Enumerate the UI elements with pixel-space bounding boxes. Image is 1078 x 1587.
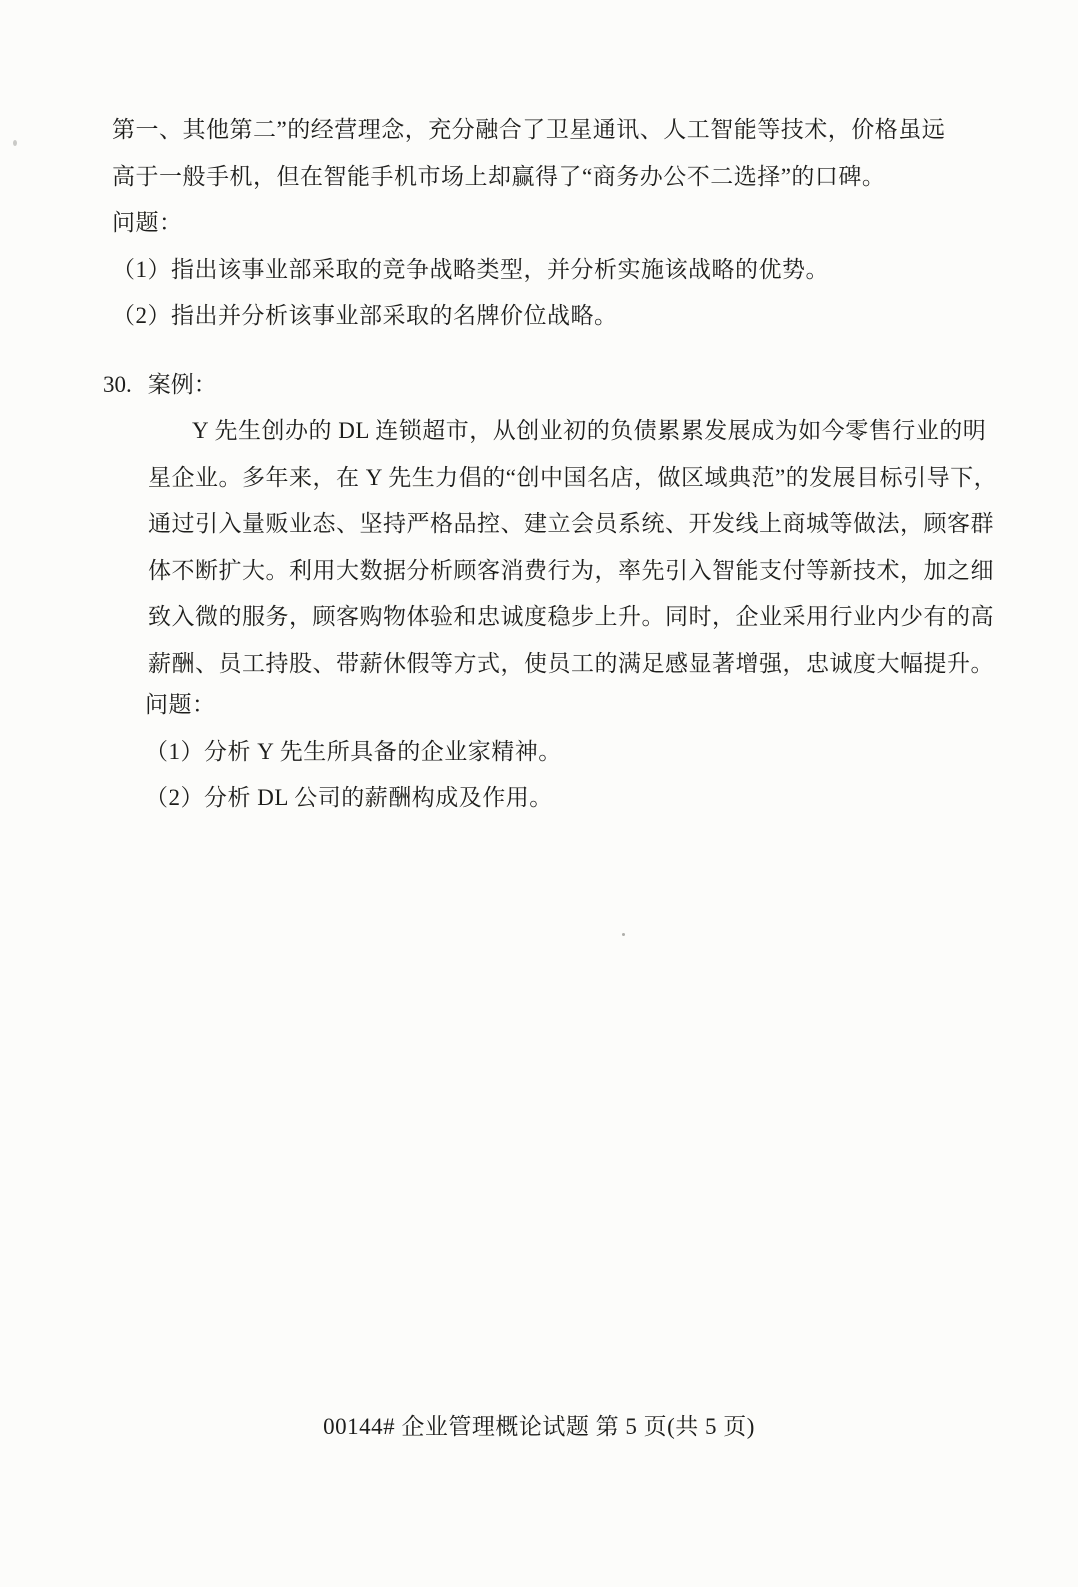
- case29-text-line: 高于一般手机，但在智能手机市场上却赢得了“商务办公不二选择”的口碑。: [112, 154, 945, 201]
- exam-paper-page: 第一、其他第二”的经营理念，充分融合了卫星通讯、人工智能等技术，价格虽远 高于一…: [0, 0, 1078, 1587]
- question30-case-label: 案例：: [148, 372, 217, 397]
- scan-speck: [622, 933, 625, 936]
- case29-text-line: 第一、其他第二”的经营理念，充分融合了卫星通讯、人工智能等技术，价格虽远: [112, 107, 945, 154]
- case30-text-line: 致入微的服务，顾客购物体验和忠诚度稳步上升。同时，企业采用行业内少有的高: [148, 594, 997, 641]
- case30-text-line: 体不断扩大。利用大数据分析顾客消费行为，率先引入智能支付等新技术，加之细: [148, 548, 997, 595]
- case30-question-item: （1）分析 Y 先生所具备的企业家精神。: [145, 729, 562, 776]
- case29-question-item: （1）指出该事业部采取的竞争战略类型，并分析实施该战略的优势。: [112, 247, 945, 294]
- question30-heading: 30.案例：: [103, 362, 217, 409]
- case30-text-line: 星企业。多年来，在 Y 先生力倡的“创中国名店，做区域典范”的发展目标引导下，: [148, 455, 997, 502]
- case30-text-line: Y 先生创办的 DL 连锁超市，从创业初的负债累累发展成为如今零售行业的明: [148, 408, 997, 455]
- case29-questions-label: 问题：: [112, 200, 945, 247]
- case29-question-item: （2）指出并分析该事业部采取的名牌价位战略。: [112, 293, 945, 340]
- case30-text-line: 通过引入量贩业态、坚持严格品控、建立会员系统、开发线上商城等做法，顾客群: [148, 501, 997, 548]
- case30-question-item: （2）分析 DL 公司的薪酬构成及作用。: [145, 775, 562, 822]
- page-footer-text: 00144# 企业管理概论试题 第 5 页(共 5 页): [323, 1414, 755, 1439]
- question30-questions-block: 问题： （1）分析 Y 先生所具备的企业家精神。 （2）分析 DL 公司的薪酬构…: [145, 682, 562, 822]
- question30-case-body: Y 先生创办的 DL 连锁超市，从创业初的负债累累发展成为如今零售行业的明 星企…: [148, 408, 997, 687]
- case30-text-line: 薪酬、员工持股、带薪休假等方式，使员工的满足感显著增强，忠诚度大幅提升。: [148, 641, 997, 688]
- question30-number: 30.: [103, 372, 132, 397]
- scan-speck: [13, 140, 17, 146]
- case29-continuation-block: 第一、其他第二”的经营理念，充分融合了卫星通讯、人工智能等技术，价格虽远 高于一…: [112, 107, 945, 340]
- page-footer: 00144# 企业管理概论试题 第 5 页(共 5 页): [0, 1408, 1078, 1441]
- case30-questions-label: 问题：: [145, 682, 562, 729]
